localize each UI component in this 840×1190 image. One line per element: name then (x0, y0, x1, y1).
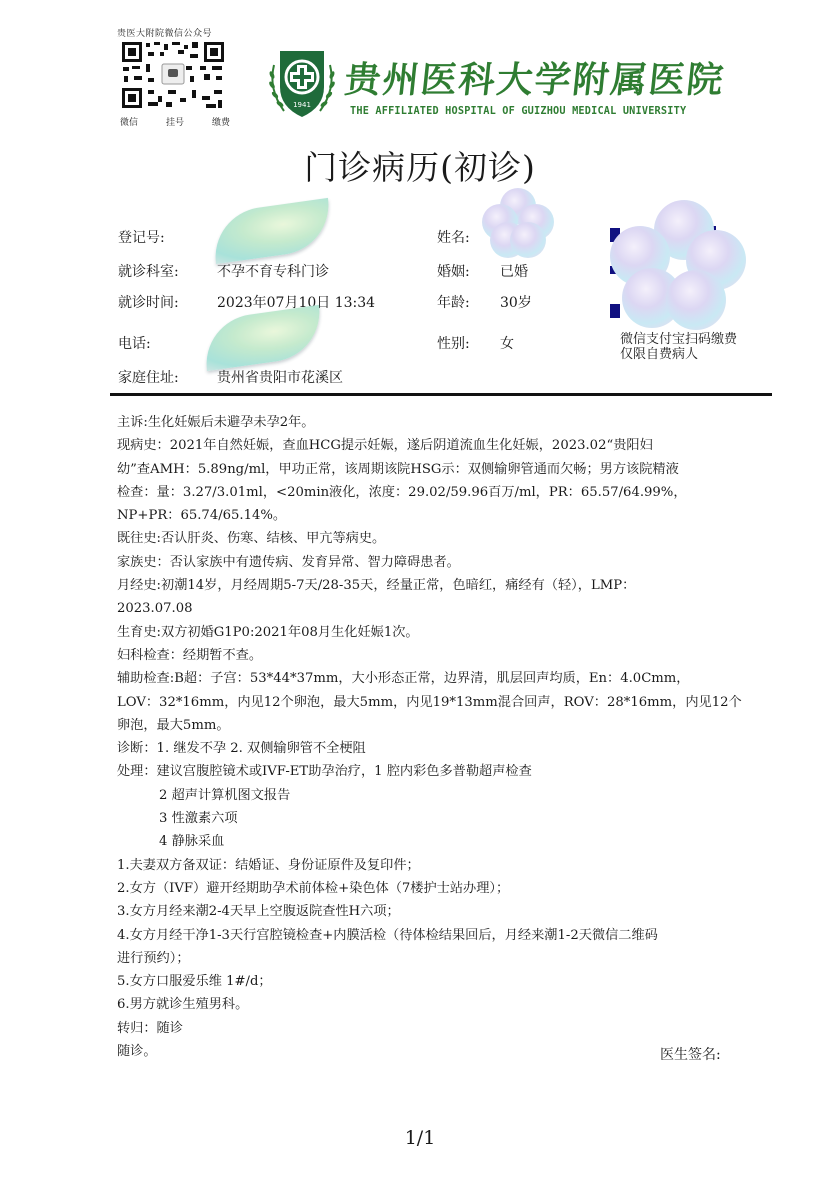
diagnosis: 诊断：1. 继发不孕 2. 双侧输卵管不全梗阻 (117, 737, 772, 760)
menstrual-history-line-2: 2023.07.08 (117, 597, 772, 620)
present-illness-line-2: 幼”查AMH：5.89ng/ml，甲功正常，该周期该院HSG示：双侧输卵管通而欠… (117, 458, 772, 481)
instruction-item: 5.女方口服爱乐维 1#/d； (117, 970, 772, 993)
name-redacted (482, 188, 554, 258)
menstrual-history-line-1: 月经史:初潮14岁，月经周期5-7天/28-35天，经量正常，色暗红，痛经有（轻… (117, 574, 772, 597)
page-number: 1/1 (0, 1127, 840, 1149)
payment-qr-redacted (610, 200, 746, 330)
record-body: 主诉:生化妊娠后未避孕未孕2年。 现病史：2021年自然妊娠，查血HCG提示妊娠… (117, 411, 772, 1063)
hospital-logo: 1941 (266, 45, 338, 121)
gynecological-exam: 妇科检查：经期暂不查。 (117, 644, 772, 667)
payment-note-line-1: 微信支付宝扫码缴费 (620, 332, 737, 347)
present-illness-line-3: 检查：量：3.27/3.01ml，<20min液化，浓度：29.02/59.96… (117, 481, 772, 504)
payment-note-line-2: 仅限自费病人 (620, 347, 737, 362)
name-label: 姓名: (437, 227, 470, 247)
present-illness-line-1: 现病史：2021年自然妊娠，查血HCG提示妊娠，遂后阴道流血生化妊娠，2023.… (117, 434, 772, 457)
instruction-item: 进行预约）； (117, 947, 772, 970)
auxiliary-exam-line-3: 卵泡，最大5mm。 (117, 714, 772, 737)
instruction-item: 4.女方月经干净1-3天行宫腔镜检查+内膜活检（待体检结果回后，月经来潮1-2天… (117, 924, 772, 947)
instruction-item: 1.夫妻双方备双证：结婚证、身份证原件及复印件； (117, 854, 772, 877)
document-title: 门诊病历(初诊) (0, 142, 840, 189)
registration-number-redacted (209, 198, 335, 264)
header-divider (110, 393, 772, 396)
instruction-item: 3.女方月经来潮2-4天早上空腹返院查性H六项； (117, 900, 772, 923)
instruction-item: 6.男方就诊生殖男科。 (117, 993, 772, 1016)
department-value: 不孕不育专科门诊 (217, 261, 329, 281)
department-label: 就诊科室: (118, 261, 179, 281)
phone-redacted (200, 305, 326, 371)
marital-status-value: 已婚 (500, 261, 528, 281)
past-history: 既往史:否认肝炎、伤寒、结核、甲亢等病史。 (117, 527, 772, 550)
order-item: 4 静脉采血 (117, 830, 772, 853)
payment-note: 微信支付宝扫码缴费 仅限自费病人 (620, 332, 737, 362)
registration-number-label: 登记号: (118, 227, 165, 247)
phone-label: 电话: (118, 333, 151, 353)
doctor-signature-label: 医生签名: (660, 1044, 721, 1064)
visit-time-label: 就诊时间: (118, 292, 179, 312)
qr-label-register: 挂号 (166, 115, 184, 128)
order-item: 3 性激素六项 (117, 807, 772, 830)
hospital-name-en: THE AFFILIATED HOSPITAL OF GUIZHOU MEDIC… (350, 104, 686, 117)
qr-label-wechat: 微信 (120, 115, 138, 128)
reproductive-history: 生育史:双方初婚G1P0:2021年08月生化妊娠1次。 (117, 621, 772, 644)
age-label: 年龄: (437, 292, 470, 312)
qr-labels: 微信 挂号 缴费 (120, 115, 230, 128)
treatment-plan: 处理：建议宫腹腔镜术或IVF-ET助孕治疗，1 腔内彩色多普勒超声检查 (117, 760, 772, 783)
address-label: 家庭住址: (118, 367, 179, 387)
auxiliary-exam-line-2: LOV：32*16mm，内见12个卵泡，最大5mm，内见19*13mm混合回声，… (117, 691, 772, 714)
present-illness-line-4: NP+PR：65.74/65.14%。 (117, 504, 772, 527)
gender-value: 女 (500, 333, 514, 353)
qr-code (120, 40, 226, 110)
gender-label: 性别: (437, 333, 470, 353)
logo-founded-year: 1941 (293, 101, 311, 109)
chief-complaint: 主诉:生化妊娠后未避孕未孕2年。 (117, 411, 772, 434)
order-item: 2 超声计算机图文报告 (117, 784, 772, 807)
outcome: 转归：随诊 (117, 1017, 772, 1040)
marital-status-label: 婚姻: (437, 261, 470, 281)
hospital-name-cn: 贵州医科大学附属医院 (342, 52, 727, 103)
auxiliary-exam-line-1: 辅助检查:B超：子宫：53*44*37mm，大小形态正常，边界清，肌层回声均质，… (117, 667, 772, 690)
qr-caption: 贵医大附院微信公众号 (117, 26, 212, 39)
family-history: 家族史：否认家族中有遗传病、发育异常、智力障碍患者。 (117, 551, 772, 574)
age-value: 30岁 (500, 292, 532, 312)
qr-label-payment: 缴费 (212, 115, 230, 128)
address-value: 贵州省贵阳市花溪区 (217, 367, 343, 387)
instruction-item: 2.女方（IVF）避开经期助孕术前体检+染色体（7楼护士站办理）； (117, 877, 772, 900)
